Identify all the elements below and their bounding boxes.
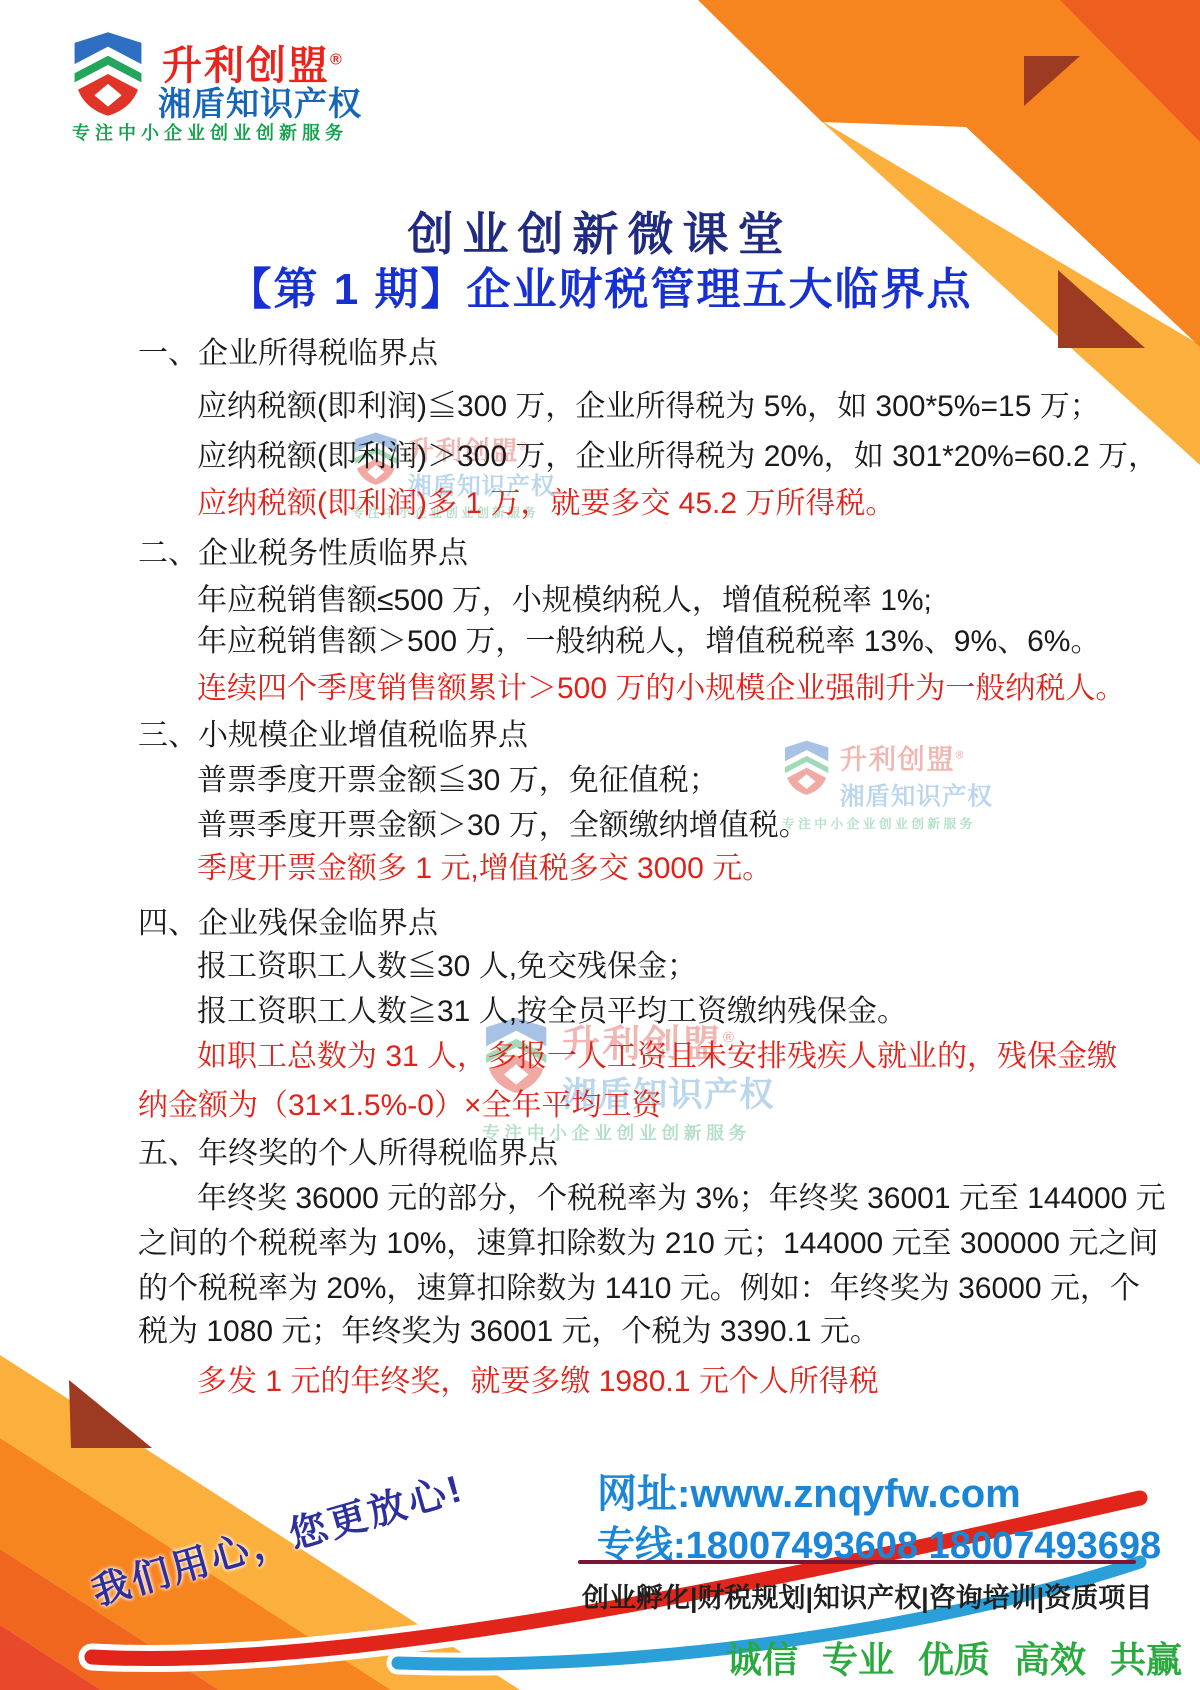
body-line-emphasis: 连续四个季度销售额累计＞500 万的小规模企业强制升为一般纳税人。 <box>197 669 1125 709</box>
body-line-emphasis: 季度开票金额多 1 元,增值税多交 3000 元。 <box>197 849 772 889</box>
registered-mark: ® <box>330 52 344 69</box>
section-1-heading: 一、企业所得税临界点 <box>138 334 438 374</box>
services-list: 创业孵化|财税规划|知识产权|咨询培训|资质项目 <box>582 1576 1152 1615</box>
section-5-heading: 五、年终奖的个人所得税临界点 <box>138 1134 558 1174</box>
values-motto: 诚信 专业 优质 高效 共赢 <box>726 1632 1182 1683</box>
body-line-emphasis: 多发 1 元的年终奖，就要多缴 1980.1 元个人所得税 <box>197 1362 879 1402</box>
maroon-triangle <box>69 1380 152 1448</box>
body-line: 报工资职工人数≦30 人,免交残保金； <box>197 947 697 987</box>
body-line: 报工资职工人数≧31 人,按全员平均工资缴纳残保金。 <box>197 992 907 1032</box>
body-line: 的个税税率为 20%，速算扣除数为 1410 元。例如：年终奖为 36000 元… <box>138 1269 1140 1309</box>
brand-tagline: 专注中小企业创业创新服务 <box>72 119 348 145</box>
body-line: 之间的个税税率为 10%，速算扣除数为 210 元；144000 元至 3000… <box>138 1224 1158 1264</box>
body-line: 年应税销售额＞500 万，一般纳税人，增值税税率 13%、9%、6%。 <box>197 622 1101 662</box>
body-line: 税为 1080 元；年终奖为 36001 元，个税为 3390.1 元。 <box>138 1312 880 1352</box>
section-3-heading: 三、小规模企业增值税临界点 <box>138 716 528 756</box>
footer-divider <box>578 1560 1136 1564</box>
body-line-emphasis: 如职工总数为 31 人，多报一人工资且未安排残疾人就业的，残保金缴 <box>197 1037 1117 1077</box>
body-line: 应纳税额(即利润)≦300 万，企业所得税为 5%，如 300*5%=15 万； <box>197 387 1100 427</box>
website-text: 网址:www.znqyfw.com <box>597 1462 1021 1519</box>
shield-logo-icon <box>70 28 146 120</box>
body-line: 应纳税额(即利润)＞300 万，企业所得税为 20%，如 301*20%=60.… <box>197 437 1158 477</box>
flyer-page: 升利创盟® 湘盾知识产权 专注中小企业创业创新服务 升利创盟® 湘盾知识产权 专… <box>0 0 1200 1690</box>
brand-subname: 湘盾知识产权 <box>158 78 362 125</box>
body-line: 普票季度开票金额＞30 万，全额缴纳增值税。 <box>197 806 809 846</box>
body-line: 普票季度开票金额≦30 万，免征值税； <box>197 761 719 801</box>
body-line: 年终奖 36000 元的部分，个税税率为 3%；年终奖 36001 元至 144… <box>197 1179 1166 1219</box>
section-2-heading: 二、企业税务性质临界点 <box>138 534 468 574</box>
body-line: 年应税销售额≤500 万，小规模纳税人，增值税税率 1%; <box>197 581 932 621</box>
page-subtitle: 【第 1 期】企业财税管理五大临界点 <box>0 253 1200 317</box>
section-4-heading: 四、企业残保金临界点 <box>138 904 438 944</box>
body-line-emphasis: 纳金额为（31×1.5%-0）×全年平均工资 <box>138 1086 661 1126</box>
body-line-emphasis: 应纳税额(即利润)多 1 万，就要多交 45.2 万所得税。 <box>197 484 895 524</box>
